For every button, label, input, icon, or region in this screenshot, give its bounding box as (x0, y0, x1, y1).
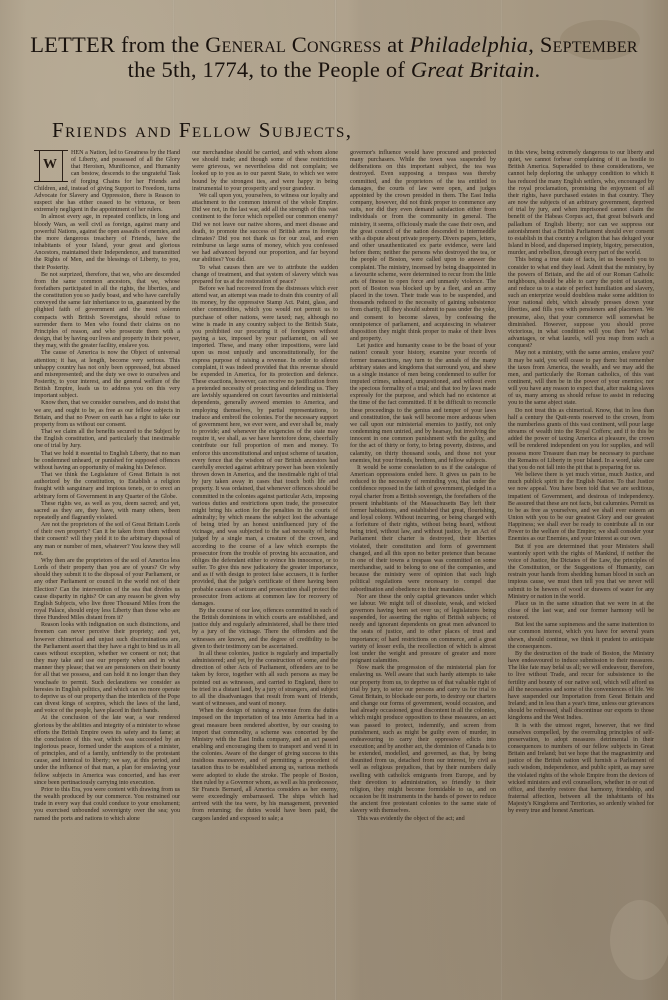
column-1: W HEN a Nation, led to Greatness by the … (34, 150, 180, 823)
paragraph: Prior to this Era, you were content with… (34, 787, 180, 823)
paragraph: At the conclusion of the late war, a war… (34, 715, 180, 787)
column-body: in this view, being extremely dangerous … (508, 150, 654, 816)
title-text: LETTER from the (30, 32, 205, 57)
paragraph: Be not surprized, therefore, that we, wh… (34, 272, 180, 351)
paragraph: By the destruction of the trade of Bosto… (508, 651, 654, 723)
paragraph: Now mark the progression of the minister… (350, 665, 496, 815)
column-body: governor's influence would have procured… (350, 150, 496, 823)
paragraph: Let justice and humanity cease to be the… (350, 343, 496, 465)
title-text: , (528, 32, 540, 57)
paragraph: When the design of raising a revenue fro… (192, 708, 338, 823)
ornamental-drop-cap-icon: W (34, 150, 68, 182)
paragraph: governor's influence would have procured… (350, 150, 496, 343)
paragraph: By the course of our law, offences commi… (192, 608, 338, 651)
paragraph: That we claim all the benefits secured t… (34, 429, 180, 450)
paragraph: in this view, being extremely dangerous … (508, 150, 654, 257)
column-2: our merchandise should be carried, and w… (192, 150, 338, 823)
paragraph: That we think the Legislature of Great B… (34, 472, 180, 501)
paragraph: But lest the same supineness and the sam… (508, 622, 654, 651)
paragraph: Are not the proprietors of the soil of G… (34, 522, 180, 558)
title-text: at (381, 32, 409, 57)
paragraph: But if you are determined that your Mini… (508, 544, 654, 601)
paragraph: Why then are the proprietors of the soil… (34, 558, 180, 622)
title-text: the 5th, 1774, to the People of (128, 57, 411, 82)
column-body: HEN a Nation, led to Greatness by the Ha… (34, 150, 180, 823)
paragraph: In almost every age, in repeated conflic… (34, 214, 180, 271)
title-text: September (540, 32, 638, 57)
paragraph: The cause of America is now the Object o… (34, 350, 180, 400)
paragraph: We call upon you, yourselves, to witness… (192, 193, 338, 265)
paragraph: It would be some consolation to us if th… (350, 465, 496, 594)
paragraph: Do not treat this as chimerical. Know, t… (508, 408, 654, 472)
column-3: governor's influence would have procured… (350, 150, 496, 823)
paper-stain (610, 900, 668, 980)
paragraph: Reason looks with indignation on such di… (34, 622, 180, 715)
column-4: in this view, being extremely dangerous … (508, 150, 654, 816)
paragraph: This was evidently the object of the act… (350, 816, 496, 823)
paragraph: Know then, that we consider ourselves, a… (34, 400, 180, 429)
salutation: Friends and Fellow Subjects, (52, 118, 353, 143)
title-text: Philadelphia (410, 32, 529, 57)
paragraph: our merchandise should be carried, and w… (192, 150, 338, 193)
paragraph: To what causes then are we to attribute … (192, 265, 338, 286)
paragraph: Before we had recovered from the distres… (192, 286, 338, 608)
paragraph: That we hold it essential to English Lib… (34, 451, 180, 472)
title-text: General Congress (205, 32, 381, 57)
drop-cap-letter: W (43, 158, 57, 172)
paragraph: May not a ministry, with the same armies… (508, 350, 654, 407)
paragraph: Place us in the same situation that we w… (508, 601, 654, 622)
text-columns: W HEN a Nation, led to Greatness by the … (34, 150, 652, 850)
title-text: . (535, 57, 541, 82)
broadside-page: LETTER from the General Congress at Phil… (0, 0, 668, 1000)
paragraph: It is with the utmost regret, however, t… (508, 723, 654, 816)
paragraph: This being a true state of facts, let us… (508, 257, 654, 350)
paragraph: In all these colonies, justice is regula… (192, 651, 338, 708)
document-title: LETTER from the General Congress at Phil… (20, 32, 648, 82)
paragraph: We believe there is yet much virtue, muc… (508, 472, 654, 544)
paragraph: These rights we, as well as you, deem sa… (34, 501, 180, 522)
title-text: Great Britain (411, 57, 535, 82)
column-body: our merchandise should be carried, and w… (192, 150, 338, 823)
paragraph: Nor are these the only capital grievance… (350, 594, 496, 666)
